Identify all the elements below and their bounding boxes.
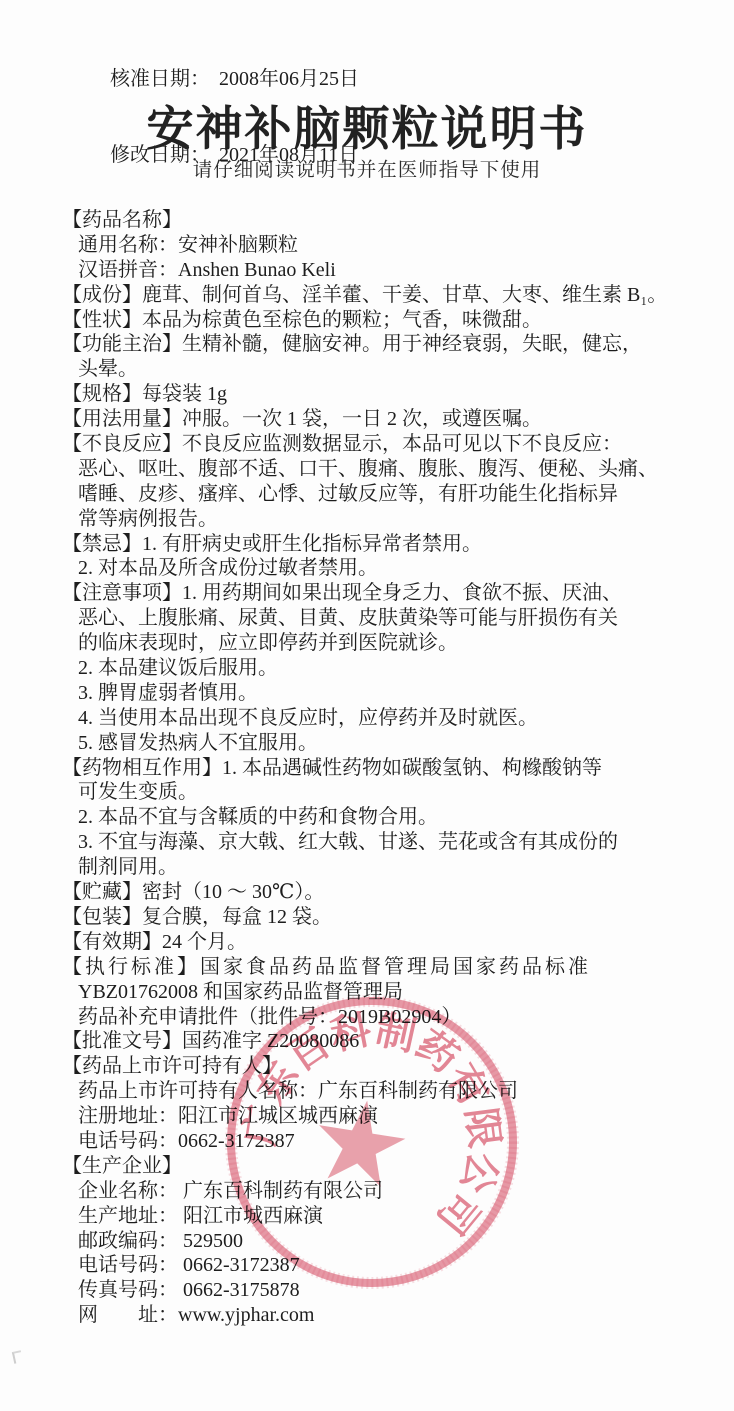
- doc-line: 【药物相互作用】1. 本品遇碱性药物如碳酸氢钠、枸橼酸钠等: [0, 756, 734, 781]
- doc-line: 【不良反应】不良反应监测数据显示，本品可见以下不良反应：: [0, 432, 734, 457]
- doc-line: 【用法用量】冲服。一次 1 袋，一日 2 次，或遵医嘱。: [0, 407, 734, 432]
- doc-line: 【性状】本品为棕黄色至棕色的颗粒；气香，味微甜。: [0, 308, 734, 333]
- doc-line: 3. 不宜与海藻、京大戟、红大戟、甘遂、芫花或含有其成份的: [0, 830, 734, 855]
- doc-line: 常等病例报告。: [0, 507, 734, 532]
- doc-line: 电话号码：0662-3172387: [0, 1129, 734, 1154]
- doc-line: 【有效期】24 个月。: [0, 930, 734, 955]
- doc-line: 恶心、呕吐、腹部不适、口干、腹痛、腹胀、腹泻、便秘、头痛、: [0, 457, 734, 482]
- doc-line: 药品上市许可持有人名称：广东百科制药有限公司: [0, 1079, 734, 1104]
- doc-line: 2. 本品不宜与含鞣质的中药和食物合用。: [0, 805, 734, 830]
- doc-line: 通用名称：安神补脑颗粒: [0, 233, 734, 258]
- doc-line: 3. 脾胃虚弱者慎用。: [0, 681, 734, 706]
- approval-date-label: 核准日期：: [110, 68, 210, 90]
- doc-line: 药品补充申请批件（批件号：2019B02904）: [0, 1005, 734, 1030]
- doc-line: 汉语拼音：Anshen Bunao Keli: [0, 258, 734, 283]
- doc-line: 【药品上市许可持有人】: [0, 1054, 734, 1079]
- doc-line: 注册地址：阳江市江城区城西麻演: [0, 1104, 734, 1129]
- approval-date-value: 2008年06月25日: [219, 68, 359, 90]
- doc-line: 头晕。: [0, 357, 734, 382]
- doc-line: 制剂同用。: [0, 855, 734, 880]
- doc-line: 【生产企业】: [0, 1154, 734, 1179]
- doc-line: 【功能主治】生精补髓，健脑安神。用于神经衰弱，失眠，健忘，: [0, 332, 734, 357]
- doc-line: 电话号码： 0662-3172387: [0, 1253, 734, 1278]
- doc-line: 【规格】每袋装 1g: [0, 382, 734, 407]
- doc-line: 传真号码： 0662-3175878: [0, 1278, 734, 1303]
- doc-line: 【禁忌】1. 有肝病史或肝生化指标异常者禁用。: [0, 532, 734, 557]
- doc-line: 【执行标准】国家食品药品监督管理局国家药品标准: [0, 955, 734, 980]
- drug-leaflet-page: 核准日期：2008年06月25日 修改日期：2021年08月11日 安神补脑颗粒…: [0, 0, 734, 1411]
- doc-line: 网 址：www.yjphar.com: [0, 1303, 734, 1328]
- doc-body: 【药品名称】通用名称：安神补脑颗粒汉语拼音：Anshen Bunao Keli【…: [0, 208, 734, 1328]
- doc-line: 【成份】鹿茸、制何首乌、淫羊藿、干姜、甘草、大枣、维生素 B₁。: [0, 283, 734, 308]
- doc-line: 4. 当使用本品出现不良反应时，应停药并及时就医。: [0, 706, 734, 731]
- doc-line: 【包装】复合膜，每盒 12 袋。: [0, 905, 734, 930]
- doc-line: 企业名称： 广东百科制药有限公司: [0, 1179, 734, 1204]
- doc-line: 2. 本品建议饭后服用。: [0, 656, 734, 681]
- doc-line: 嗜睡、皮疹、瘙痒、心悸、过敏反应等，有肝功能生化指标异: [0, 482, 734, 507]
- page-title: 安神补脑颗粒说明书: [0, 102, 734, 157]
- doc-line: 的临床表现时，应立即停药并到医院就诊。: [0, 631, 734, 656]
- doc-line: 恶心、上腹胀痛、尿黄、目黄、皮肤黄染等可能与肝损伤有关: [0, 606, 734, 631]
- doc-line: 【批准文号】国药准字 Z20080086: [0, 1029, 734, 1054]
- doc-line: 【药品名称】: [0, 208, 734, 233]
- doc-line: 生产地址： 阳江市城西麻演: [0, 1204, 734, 1229]
- doc-line: YBZ01762008 和国家药品监督管理局: [0, 980, 734, 1005]
- page-subtitle: 请仔细阅读说明书并在医师指导下使用: [0, 159, 734, 183]
- doc-line: 5. 感冒发热病人不宜服用。: [0, 731, 734, 756]
- doc-line: 邮政编码： 529500: [0, 1229, 734, 1254]
- doc-line: 2. 对本品及所含成份过敏者禁用。: [0, 556, 734, 581]
- doc-line: 【贮藏】密封（10 ～ 30℃）。: [0, 880, 734, 905]
- scan-artifact-mark: [12, 1350, 23, 1364]
- doc-line: 【注意事项】1. 用药期间如果出现全身乏力、食欲不振、厌油、: [0, 581, 734, 606]
- doc-line: 可发生变质。: [0, 780, 734, 805]
